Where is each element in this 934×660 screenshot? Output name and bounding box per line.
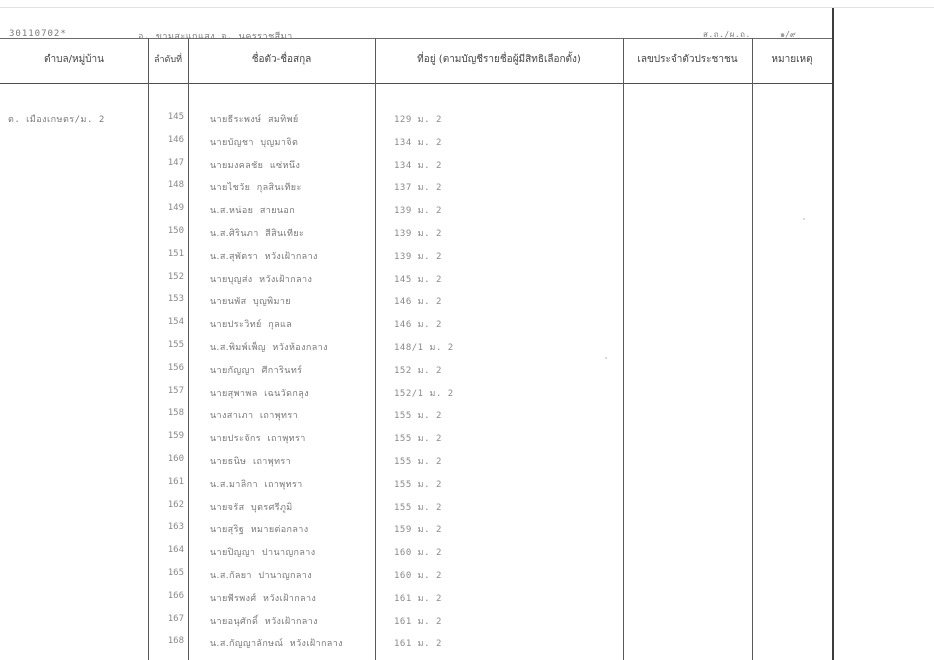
table-row: 149น.ส.หน่อย สายนอก139 ม. 2 bbox=[0, 201, 833, 224]
voter-address: 155 ม. 2 bbox=[394, 500, 442, 514]
sequence-number: 162 bbox=[150, 500, 184, 510]
table-row: 148นายไชวัย กุลสินเทียะ137 ม. 2 bbox=[0, 178, 833, 201]
voter-name: น.ส.กัญญาลักษณ์ หวังเฝ้ากลาง bbox=[210, 636, 343, 650]
header-id-number: เลขประจำตัวประชาชน bbox=[623, 52, 752, 67]
voter-address: 139 ม. 2 bbox=[394, 226, 442, 240]
table-row: 163นายสุริฐ หมายต่อกลาง159 ม. 2 bbox=[0, 520, 833, 543]
scan-speck bbox=[605, 357, 607, 359]
table-top-border bbox=[0, 38, 833, 39]
voter-name: นางสาเภา เถาพุทรา bbox=[210, 408, 298, 422]
voter-name: น.ส.หน่อย สายนอก bbox=[210, 203, 295, 217]
sequence-number: 163 bbox=[150, 522, 184, 532]
voter-address: 155 ม. 2 bbox=[394, 408, 442, 422]
voter-address: 137 ม. 2 bbox=[394, 180, 442, 194]
voter-name: นายสุพาพล เฉนวัดกลุง bbox=[210, 386, 309, 400]
sequence-number: 152 bbox=[150, 272, 184, 282]
table-row: 154นายประวิทย์ กุลแล146 ม. 2 bbox=[0, 315, 833, 338]
sequence-number: 157 bbox=[150, 386, 184, 396]
voter-address: 152 ม. 2 bbox=[394, 363, 442, 377]
sequence-number: 145 bbox=[150, 112, 184, 122]
table-row: 158นางสาเภา เถาพุทรา155 ม. 2 bbox=[0, 406, 833, 429]
voter-name: นายปิญญา ปานาญกลาง bbox=[210, 545, 316, 559]
voter-address: 146 ม. 2 bbox=[394, 294, 442, 308]
table-row: 162นายจรัส บุตรศรีภูมิ155 ม. 2 bbox=[0, 498, 833, 521]
scan-speck bbox=[803, 218, 805, 220]
sequence-number: 164 bbox=[150, 545, 184, 555]
voter-address: 161 ม. 2 bbox=[394, 591, 442, 605]
voter-address: 155 ม. 2 bbox=[394, 431, 442, 445]
voter-address: 134 ม. 2 bbox=[394, 135, 442, 149]
table-row: 155น.ส.พิมพ์เพ็ญ หวังห้องกลาง148/1 ม. 2 bbox=[0, 338, 833, 361]
table-row: 167นายอนุศักดิ์ หวังเฝ้ากลาง161 ม. 2 bbox=[0, 612, 833, 635]
voter-name: น.ส.สุพัตรา หวังเฝ้ากลาง bbox=[210, 249, 318, 263]
table-row: 150น.ส.ศิรินภา สีสินเทียะ139 ม. 2 bbox=[0, 224, 833, 247]
table-row: 156นายกัญญา ศีการินทร์152 ม. 2 bbox=[0, 361, 833, 384]
sequence-number: 167 bbox=[150, 614, 184, 624]
header-sequence: ลำดับที่ bbox=[148, 52, 188, 66]
scan-top-edge bbox=[0, 7, 934, 8]
voter-address: 139 ม. 2 bbox=[394, 203, 442, 217]
voter-address: 155 ม. 2 bbox=[394, 477, 442, 491]
sequence-number: 155 bbox=[150, 340, 184, 350]
sequence-number: 149 bbox=[150, 203, 184, 213]
voter-name: นายบุญส่ง หวังเฝ้ากลาง bbox=[210, 272, 312, 286]
voter-name: นายธีระพงษ์ สมทิพย์ bbox=[210, 112, 299, 126]
sequence-number: 147 bbox=[150, 158, 184, 168]
voter-name: นายกัญญา ศีการินทร์ bbox=[210, 363, 302, 377]
page-number: ๑/๙ bbox=[780, 28, 796, 41]
table-row: 153นายนพัส บุญพิมาย146 ม. 2 bbox=[0, 292, 833, 315]
sequence-number: 160 bbox=[150, 454, 184, 464]
sequence-number: 146 bbox=[150, 135, 184, 145]
voter-address: 146 ม. 2 bbox=[394, 317, 442, 331]
table-row: 157นายสุพาพล เฉนวัดกลุง152/1 ม. 2 bbox=[0, 384, 833, 407]
sequence-number: 161 bbox=[150, 477, 184, 487]
sequence-number: 166 bbox=[150, 591, 184, 601]
voter-name: น.ส.ศิรินภา สีสินเทียะ bbox=[210, 226, 304, 240]
table-row: 168น.ส.กัญญาลักษณ์ หวังเฝ้ากลาง161 ม. 2 bbox=[0, 634, 833, 657]
voter-name: นายประวิทย์ กุลแล bbox=[210, 317, 292, 331]
voter-address: 160 ม. 2 bbox=[394, 568, 442, 582]
table-row: 161น.ส.มาลิกา เถาพุทรา155 ม. 2 bbox=[0, 475, 833, 498]
voter-name: นายมงคลชัย แซ่หนึง bbox=[210, 158, 300, 172]
header-bottom-border bbox=[0, 83, 833, 84]
sequence-number: 168 bbox=[150, 636, 184, 646]
sequence-number: 151 bbox=[150, 249, 184, 259]
table-row: 151น.ส.สุพัตรา หวังเฝ้ากลาง139 ม. 2 bbox=[0, 247, 833, 270]
table-row: 159นายประจักร เถาพุทรา155 ม. 2 bbox=[0, 429, 833, 452]
voter-name: น.ส.มาลิกา เถาพุทรา bbox=[210, 477, 303, 491]
sequence-number: 159 bbox=[150, 431, 184, 441]
table-row: 164นายปิญญา ปานาญกลาง160 ม. 2 bbox=[0, 543, 833, 566]
voter-name: นายอนุศักดิ์ หวังเฝ้ากลาง bbox=[210, 614, 318, 628]
voter-name: นายธนิษ เถาพุทรา bbox=[210, 454, 291, 468]
voter-name: นายบัญชา บุญมาจิต bbox=[210, 135, 298, 149]
table-row: 165น.ส.กัลยา ปานาญกลาง160 ม. 2 bbox=[0, 566, 833, 589]
table-row: 166นายพีรพงศ์ หวังเฝ้ากลาง161 ม. 2 bbox=[0, 589, 833, 612]
sequence-number: 153 bbox=[150, 294, 184, 304]
sequence-number: 165 bbox=[150, 568, 184, 578]
header-subdistrict: ตำบล/หมู่บ้าน bbox=[0, 52, 148, 67]
voter-address: 161 ม. 2 bbox=[394, 636, 442, 650]
header-remarks: หมายเหตุ bbox=[752, 52, 832, 67]
voter-name: น.ส.พิมพ์เพ็ญ หวังห้องกลาง bbox=[210, 340, 328, 354]
voter-name: นายนพัส บุญพิมาย bbox=[210, 294, 291, 308]
voter-address: 155 ม. 2 bbox=[394, 454, 442, 468]
table-row: 147นายมงคลชัย แซ่หนึง134 ม. 2 bbox=[0, 156, 833, 179]
form-code: ส.ถ./ผ.ถ. bbox=[703, 28, 751, 41]
table-body: 145นายธีระพงษ์ สมทิพย์129 ม. 2146นายบัญช… bbox=[0, 110, 833, 657]
sequence-number: 150 bbox=[150, 226, 184, 236]
voter-address: 145 ม. 2 bbox=[394, 272, 442, 286]
table-row: 146นายบัญชา บุญมาจิต134 ม. 2 bbox=[0, 133, 833, 156]
table-row: 145นายธีระพงษ์ สมทิพย์129 ม. 2 bbox=[0, 110, 833, 133]
voter-address: 160 ม. 2 bbox=[394, 545, 442, 559]
voter-name: นายพีรพงศ์ หวังเฝ้ากลาง bbox=[210, 591, 316, 605]
header-name: ชื่อตัว-ชื่อสกุล bbox=[188, 52, 375, 67]
table-row: 152นายบุญส่ง หวังเฝ้ากลาง145 ม. 2 bbox=[0, 270, 833, 293]
voter-name: นายสุริฐ หมายต่อกลาง bbox=[210, 522, 309, 536]
sequence-number: 156 bbox=[150, 363, 184, 373]
voter-address: 159 ม. 2 bbox=[394, 522, 442, 536]
voter-address: 129 ม. 2 bbox=[394, 112, 442, 126]
sequence-number: 154 bbox=[150, 317, 184, 327]
voter-address: 152/1 ม. 2 bbox=[394, 386, 454, 400]
voter-address: 139 ม. 2 bbox=[394, 249, 442, 263]
sequence-number: 148 bbox=[150, 180, 184, 190]
sequence-number: 158 bbox=[150, 408, 184, 418]
voter-address: 148/1 ม. 2 bbox=[394, 340, 454, 354]
voter-name: นายจรัส บุตรศรีภูมิ bbox=[210, 500, 293, 514]
table-row: 160นายธนิษ เถาพุทรา155 ม. 2 bbox=[0, 452, 833, 475]
district-line: อ. ขามสะแกแสง จ. นครราชสีมา bbox=[138, 29, 293, 43]
voter-name: น.ส.กัลยา ปานาญกลาง bbox=[210, 568, 312, 582]
voter-address: 161 ม. 2 bbox=[394, 614, 442, 628]
header-address: ที่อยู่ (ตามบัญชีรายชื่อผู้มีสิทธิเลือกต… bbox=[375, 52, 623, 67]
voter-address: 134 ม. 2 bbox=[394, 158, 442, 172]
voter-name: นายไชวัย กุลสินเทียะ bbox=[210, 180, 302, 194]
voter-name: นายประจักร เถาพุทรา bbox=[210, 431, 306, 445]
